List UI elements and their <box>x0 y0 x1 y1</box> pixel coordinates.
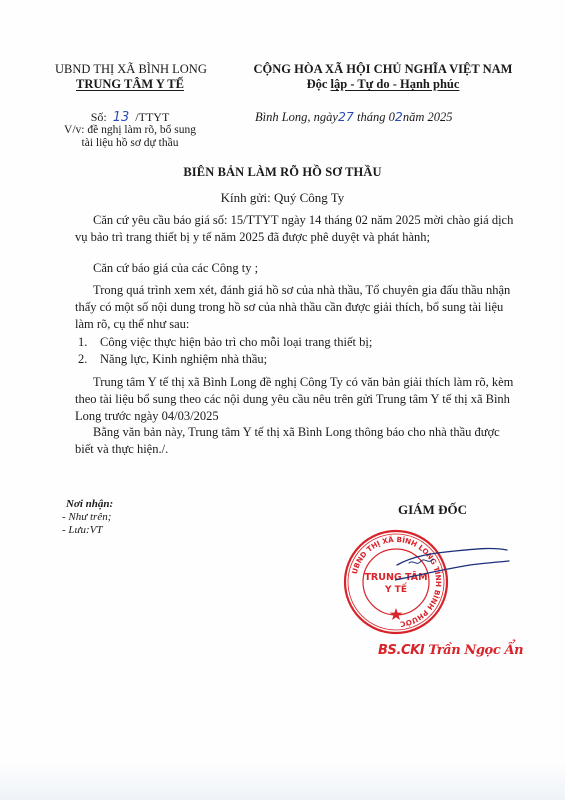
list-text: Năng lực, Kinh nghiệm nhà thầu; <box>100 352 267 366</box>
list-item: 2.Năng lực, Kinh nghiệm nhà thầu; <box>78 351 372 368</box>
list-item: 1.Công việc thực hiện bảo trì cho mỗi lo… <box>78 334 372 351</box>
recipient-item: - Lưu:VT <box>62 524 113 537</box>
greeting: Kính gửi: Quý Công Ty <box>0 190 565 206</box>
subject-line-2: tài liệu hồ sơ dự thầu <box>55 137 205 150</box>
paragraph-text: Căn cứ yêu cầu báo giá số: 15/TTYT ngày … <box>75 213 513 244</box>
day-handwritten: 27 <box>338 109 354 124</box>
issuing-authority: UBND THỊ XÃ BÌNH LONG TRUNG TÂM Y TẾ <box>55 62 205 92</box>
motto-rest: lập - Tự do - Hạnh phúc <box>331 77 460 91</box>
number-label: Số: <box>91 110 107 124</box>
document-page: UBND THỊ XÃ BÌNH LONG TRUNG TÂM Y TẾ Số:… <box>0 0 565 800</box>
list-text: Công việc thực hiện bảo trì cho mỗi loại… <box>100 335 372 349</box>
paragraph-text: Trong quá trình xem xét, đánh giá hồ sơ … <box>75 283 510 331</box>
handwritten-signature-icon <box>395 545 510 595</box>
recipients: Nơi nhận: - Như trên; - Lưu:VT <box>62 498 113 537</box>
number-handwritten: 13 <box>107 110 136 125</box>
list-number: 2. <box>78 351 87 368</box>
signer-position: GIÁM ĐỐC <box>398 502 467 518</box>
subject: V/v: đề nghị làm rõ, bổ sung tài liệu hồ… <box>55 124 205 150</box>
national-motto: Độc lập - Tự do - Hạnh phúc <box>238 77 528 92</box>
list-number: 1. <box>78 334 87 351</box>
scan-shadow <box>0 760 565 800</box>
organization-name: UBND THỊ XÃ BÌNH LONG <box>55 62 205 77</box>
paragraph-text: Trung tâm Y tế thị xã Bình Long đề nghị … <box>75 375 513 423</box>
place-date-prefix: Bình Long, ngày <box>255 110 338 124</box>
paragraph-request: Trung tâm Y tế thị xã Bình Long đề nghị … <box>75 374 515 425</box>
signer-full-name: Trần Ngọc Ẩn <box>428 643 523 658</box>
subject-line-1: V/v: đề nghị làm rõ, bổ sung <box>55 124 205 137</box>
paragraph-review: Trong quá trình xem xét, đánh giá hồ sơ … <box>75 282 515 333</box>
document-number: Số:13/TTYT <box>55 110 205 125</box>
signer-title: BS.CKI <box>378 643 424 658</box>
paragraph-basis-companies: Căn cứ báo giá của các Công ty ; <box>75 260 515 277</box>
requirements-list: 1.Công việc thực hiện bảo trì cho mỗi lo… <box>78 334 372 368</box>
month-label: tháng 0 <box>354 110 395 124</box>
signer-name: BS.CKI Trần Ngọc Ẩn <box>378 643 523 658</box>
paragraph-text: Căn cứ báo giá của các Công ty ; <box>93 261 258 275</box>
country-name: CỘNG HÒA XÃ HỘI CHỦ NGHĨA VIỆT NAM <box>238 62 528 77</box>
year-text: năm 2025 <box>403 110 453 124</box>
paragraph-notice: Bằng văn bản này, Trung tâm Y tế thị xã … <box>75 424 515 458</box>
paragraph-text: Bằng văn bản này, Trung tâm Y tế thị xã … <box>75 425 500 456</box>
motto-first-word: Độc <box>307 77 328 91</box>
place-date: Bình Long, ngày27 tháng 02năm 2025 <box>255 109 452 125</box>
recipients-heading: Nơi nhận: <box>62 498 113 511</box>
national-header: CỘNG HÒA XÃ HỘI CHỦ NGHĨA VIỆT NAM Độc l… <box>238 62 528 92</box>
month-handwritten: 2 <box>395 109 403 124</box>
paragraph-basis-quote: Căn cứ yêu cầu báo giá số: 15/TTYT ngày … <box>75 212 515 246</box>
number-suffix: /TTYT <box>135 110 169 124</box>
recipient-item: - Như trên; <box>62 511 113 524</box>
unit-name: TRUNG TÂM Y TẾ <box>55 77 205 92</box>
document-title: BIÊN BẢN LÀM RÕ HỒ SƠ THẦU <box>0 165 565 180</box>
